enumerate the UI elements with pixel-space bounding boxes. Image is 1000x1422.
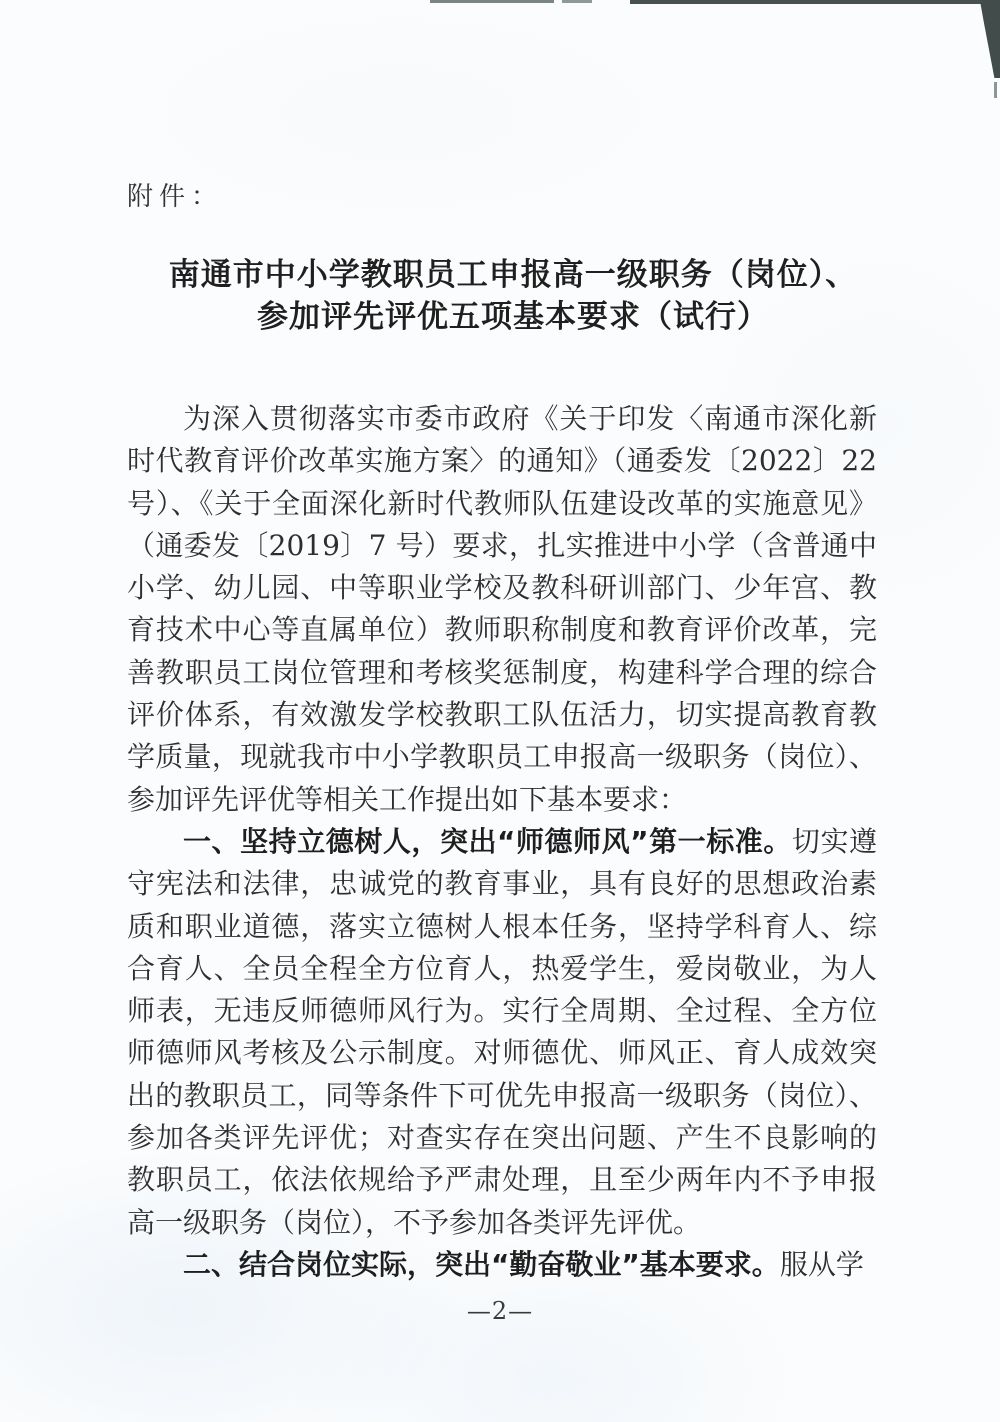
scan-artifact-top-line-middle bbox=[562, 0, 592, 3]
paragraph-intro: 为深入贯彻落实市委市政府《关于印发〈南通市深化新时代教育评价改革实施方案〉的通知… bbox=[127, 398, 877, 821]
paragraph-item-2: 二、结合岗位实际，突出“勤奋敬业”基本要求。服从学 bbox=[127, 1244, 877, 1286]
paragraph-item-1-heading: 一、坚持立德树人，突出“师德师风”第一标准。 bbox=[183, 825, 792, 858]
paragraph-intro-text: 为深入贯彻落实市委市政府《关于印发〈南通市深化新时代教育评价改革实施方案〉的通知… bbox=[127, 402, 877, 816]
page-number: —2— bbox=[0, 1297, 1000, 1325]
document-body: 为深入贯彻落实市委市政府《关于印发〈南通市深化新时代教育评价改革实施方案〉的通知… bbox=[127, 398, 877, 1286]
document-title: 南通市中小学教职员工申报高一级职务（岗位）、 参加评先评优五项基本要求（试行） bbox=[13, 254, 1000, 338]
scan-artifact-top-line-right bbox=[630, 0, 1000, 4]
paragraph-item-2-text: 服从学 bbox=[780, 1248, 864, 1281]
document-title-line-1: 南通市中小学教职员工申报高一级职务（岗位）、 bbox=[13, 254, 1000, 296]
scanned-document-page: 附件： 南通市中小学教职员工申报高一级职务（岗位）、 参加评先评优五项基本要求（… bbox=[0, 0, 1000, 1422]
scan-artifact-right-tick bbox=[994, 82, 997, 98]
scan-artifact-top-line-left bbox=[430, 0, 554, 3]
paragraph-item-1-text: 切实遵守宪法和法律，忠诚党的教育事业，具有良好的思想政治素质和职业道德，落实立德… bbox=[127, 825, 877, 1239]
scan-artifact-corner-wedge bbox=[972, 0, 1000, 78]
paragraph-item-2-heading: 二、结合岗位实际，突出“勤奋敬业”基本要求。 bbox=[183, 1248, 780, 1281]
document-title-line-2: 参加评先评优五项基本要求（试行） bbox=[13, 296, 1000, 338]
paragraph-item-1: 一、坚持立德树人，突出“师德师风”第一标准。切实遵守宪法和法律，忠诚党的教育事业… bbox=[127, 821, 877, 1244]
attachment-label: 附件： bbox=[127, 176, 223, 213]
